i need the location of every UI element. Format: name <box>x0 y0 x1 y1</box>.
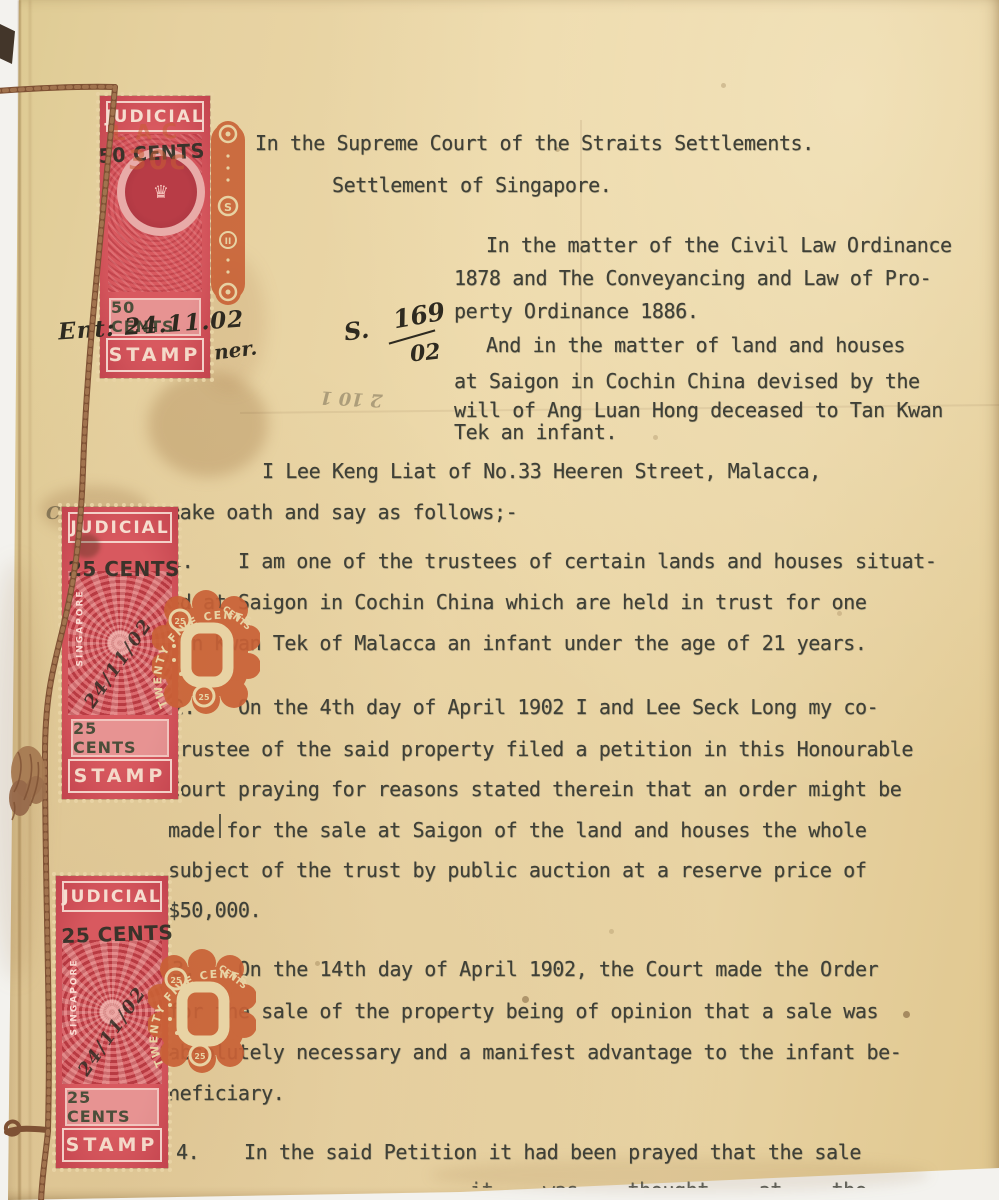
stamp-singapore-label: SINGAPORE <box>70 958 80 1035</box>
para-number: 3. <box>172 957 195 981</box>
stamp-stamp-label: STAMP <box>68 759 172 793</box>
para-line: On the 4th day of April 1902 I and Lee S… <box>238 695 878 719</box>
para-line: $50,000. <box>168 898 261 922</box>
settlement-line: Settlement of Singapore. <box>332 173 611 197</box>
para-line: ed at Saigon in Cochin China which are h… <box>168 590 866 614</box>
matter-line: perty Ordinance 1886. <box>454 299 698 323</box>
matter-line: 1878 and The Conveyancing and Law of Pro… <box>454 266 931 290</box>
filing-ref-s: S. <box>342 314 371 346</box>
stamp-judicial-label: JUDICIAL <box>68 512 172 543</box>
para-line: absolutely necessary and a manifest adva… <box>168 1040 901 1064</box>
margin-letter: C <box>46 503 60 524</box>
para-line: neficiary. <box>168 1081 284 1105</box>
stamp-value-label: 25 CENTS <box>71 719 169 757</box>
filing-ref-year: 02 <box>409 338 442 367</box>
crown-icon: ♛ <box>153 182 169 203</box>
para-line: subject of the trust by public auction a… <box>168 858 866 882</box>
matter-line: Tek an infant. <box>454 420 617 444</box>
sheet-edge <box>18 0 21 1200</box>
stamp-overprint-25c: 25 CENTS <box>61 920 174 948</box>
para-line: I am one of the trustees of certain land… <box>238 549 936 573</box>
oath-line: I Lee Keng Liat of No.33 Heeren Street, … <box>262 459 821 483</box>
para-number: 4. <box>176 1140 199 1164</box>
paper-speckles <box>0 0 3 3</box>
para-line: Tan Kwan Tek of Malacca an infant under … <box>168 631 866 655</box>
stamp-stamp-label: STAMP <box>62 1128 162 1162</box>
typed-caret-mark <box>219 814 221 838</box>
stamp-value-label: 25 CENTS <box>65 1088 159 1126</box>
para-line: trustee of the said property filed a pet… <box>168 737 913 761</box>
stamp-stamp-label: STAMP <box>106 338 204 372</box>
stamp-singapore-label: SINGAPORE <box>76 589 86 666</box>
matter-line: will of Ang Luan Hong deceased to Tan Kw… <box>454 398 943 422</box>
stamp-overprint-25c: 25 CENTS <box>68 557 180 581</box>
sheet-edge <box>29 0 31 1200</box>
para-line: Court praying for reasons stated therein… <box>168 777 901 801</box>
para-line-partial: it was thought at the <box>470 1178 970 1188</box>
para-line: for the sale of the property being of op… <box>168 999 878 1023</box>
corner-notch <box>0 24 15 64</box>
stamp-judicial-label: JUDICIAL <box>106 101 204 132</box>
matter-line: And in the matter of land and houses <box>486 333 905 357</box>
para-line: In the said Petition it had been prayed … <box>244 1140 861 1164</box>
oath-line: make oath and say as follows;- <box>168 500 517 524</box>
para-line: made for the sale at Saigon of the land … <box>168 818 866 842</box>
stamp-judicial-label: JUDICIAL <box>62 881 162 912</box>
para-line: On the 14th day of April 1902, the Court… <box>238 957 878 981</box>
matter-line: In the matter of the Civil Law Ordinance <box>486 233 952 257</box>
matter-line: at Saigon in Cochin China devised by the <box>454 369 920 393</box>
court-line: In the Supreme Court of the Straits Sett… <box>255 131 814 155</box>
showthrough-marks: 2 10 1 <box>319 386 383 410</box>
